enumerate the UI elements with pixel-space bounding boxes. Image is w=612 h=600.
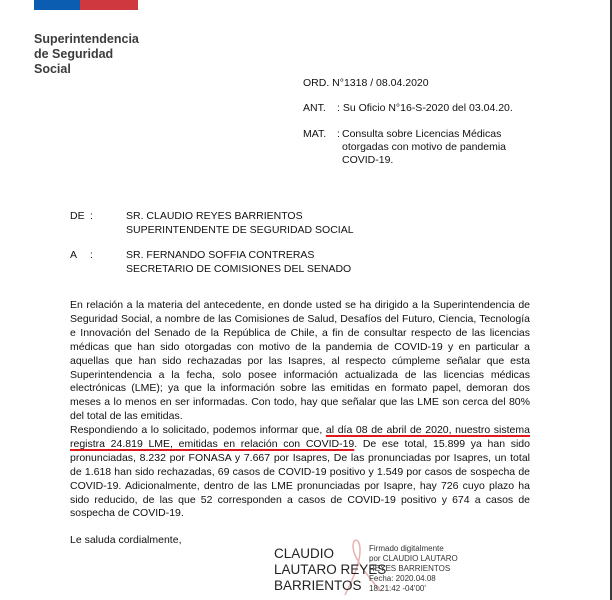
sig-info-line: por CLAUDIO LAUTARO bbox=[369, 554, 458, 564]
ant-value: : Su Oficio N°16-S-2020 del 03.04.20. bbox=[337, 102, 513, 114]
sig-info-line: Firmado digitalmente bbox=[369, 544, 458, 554]
sender-block: DE: SR. CLAUDIO REYES BARRIENTOS SUPERIN… bbox=[70, 209, 120, 223]
mat-line-text: Consulta sobre Licencias Médicas bbox=[342, 128, 562, 141]
colon: : bbox=[90, 209, 120, 223]
colon: : bbox=[90, 248, 120, 262]
body-paragraph-1: En relación a la materia del antecedente… bbox=[70, 299, 530, 424]
recipient-name: SR. FERNANDO SOFFIA CONTRERAS bbox=[126, 248, 351, 262]
org-line: Superintendencia bbox=[34, 32, 139, 47]
a-label: A bbox=[70, 248, 90, 262]
closing-salutation: Le saluda cordialmente, bbox=[70, 534, 182, 546]
sender-title: SUPERINTENDENTE DE SEGURIDAD SOCIAL bbox=[126, 223, 354, 237]
recipient-details: SR. FERNANDO SOFFIA CONTRERAS SECRETARIO… bbox=[126, 248, 351, 276]
paragraph-text: . De ese total, 15.899 ya han sido pronu… bbox=[70, 438, 530, 520]
flag-blue-stripe bbox=[34, 0, 80, 10]
digital-signature-info: Firmado digitalmente por CLAUDIO LAUTARO… bbox=[369, 544, 458, 594]
flag-red-stripe bbox=[80, 0, 138, 10]
de-label: DE bbox=[70, 209, 90, 223]
org-line: Social bbox=[34, 62, 139, 77]
sig-info-line: Fecha: 2020.04.08 bbox=[369, 574, 458, 584]
sig-info-line: 18:21:42 -04'00' bbox=[369, 584, 458, 594]
mat-label: MAT. bbox=[303, 128, 337, 141]
sender-details: SR. CLAUDIO REYES BARRIENTOS SUPERINTEND… bbox=[126, 209, 354, 237]
sig-info-line: REYES BARRIENTOS bbox=[369, 564, 458, 574]
organization-name: Superintendencia de Seguridad Social bbox=[34, 32, 139, 77]
mat-line: MAT.: bbox=[303, 128, 340, 141]
body-paragraph-2: Respondiendo a lo solicitado, podemos in… bbox=[70, 424, 530, 521]
ant-label: ANT. bbox=[303, 102, 337, 115]
org-line: de Seguridad bbox=[34, 47, 139, 62]
mat-line-text: otorgadas con motivo de pandemia bbox=[342, 141, 562, 154]
recipient-block: A: SR. FERNANDO SOFFIA CONTRERAS SECRETA… bbox=[70, 248, 120, 262]
government-flag-logo bbox=[34, 0, 138, 10]
recipient-title: SECRETARIO DE COMISIONES DEL SENADO bbox=[126, 262, 351, 276]
paragraph-text: Respondiendo a lo solicitado, podemos in… bbox=[70, 424, 326, 436]
mat-subject: Consulta sobre Licencias Médicas otorgad… bbox=[342, 128, 562, 168]
sender-name: SR. CLAUDIO REYES BARRIENTOS bbox=[126, 209, 354, 223]
mat-colon: : bbox=[337, 128, 340, 140]
mat-line-text: COVID-19. bbox=[342, 154, 562, 167]
ant-line: ANT.: Su Oficio N°16-S-2020 del 03.04.20… bbox=[303, 102, 513, 115]
ord-number: ORD. N°1318 / 08.04.2020 bbox=[303, 77, 429, 90]
